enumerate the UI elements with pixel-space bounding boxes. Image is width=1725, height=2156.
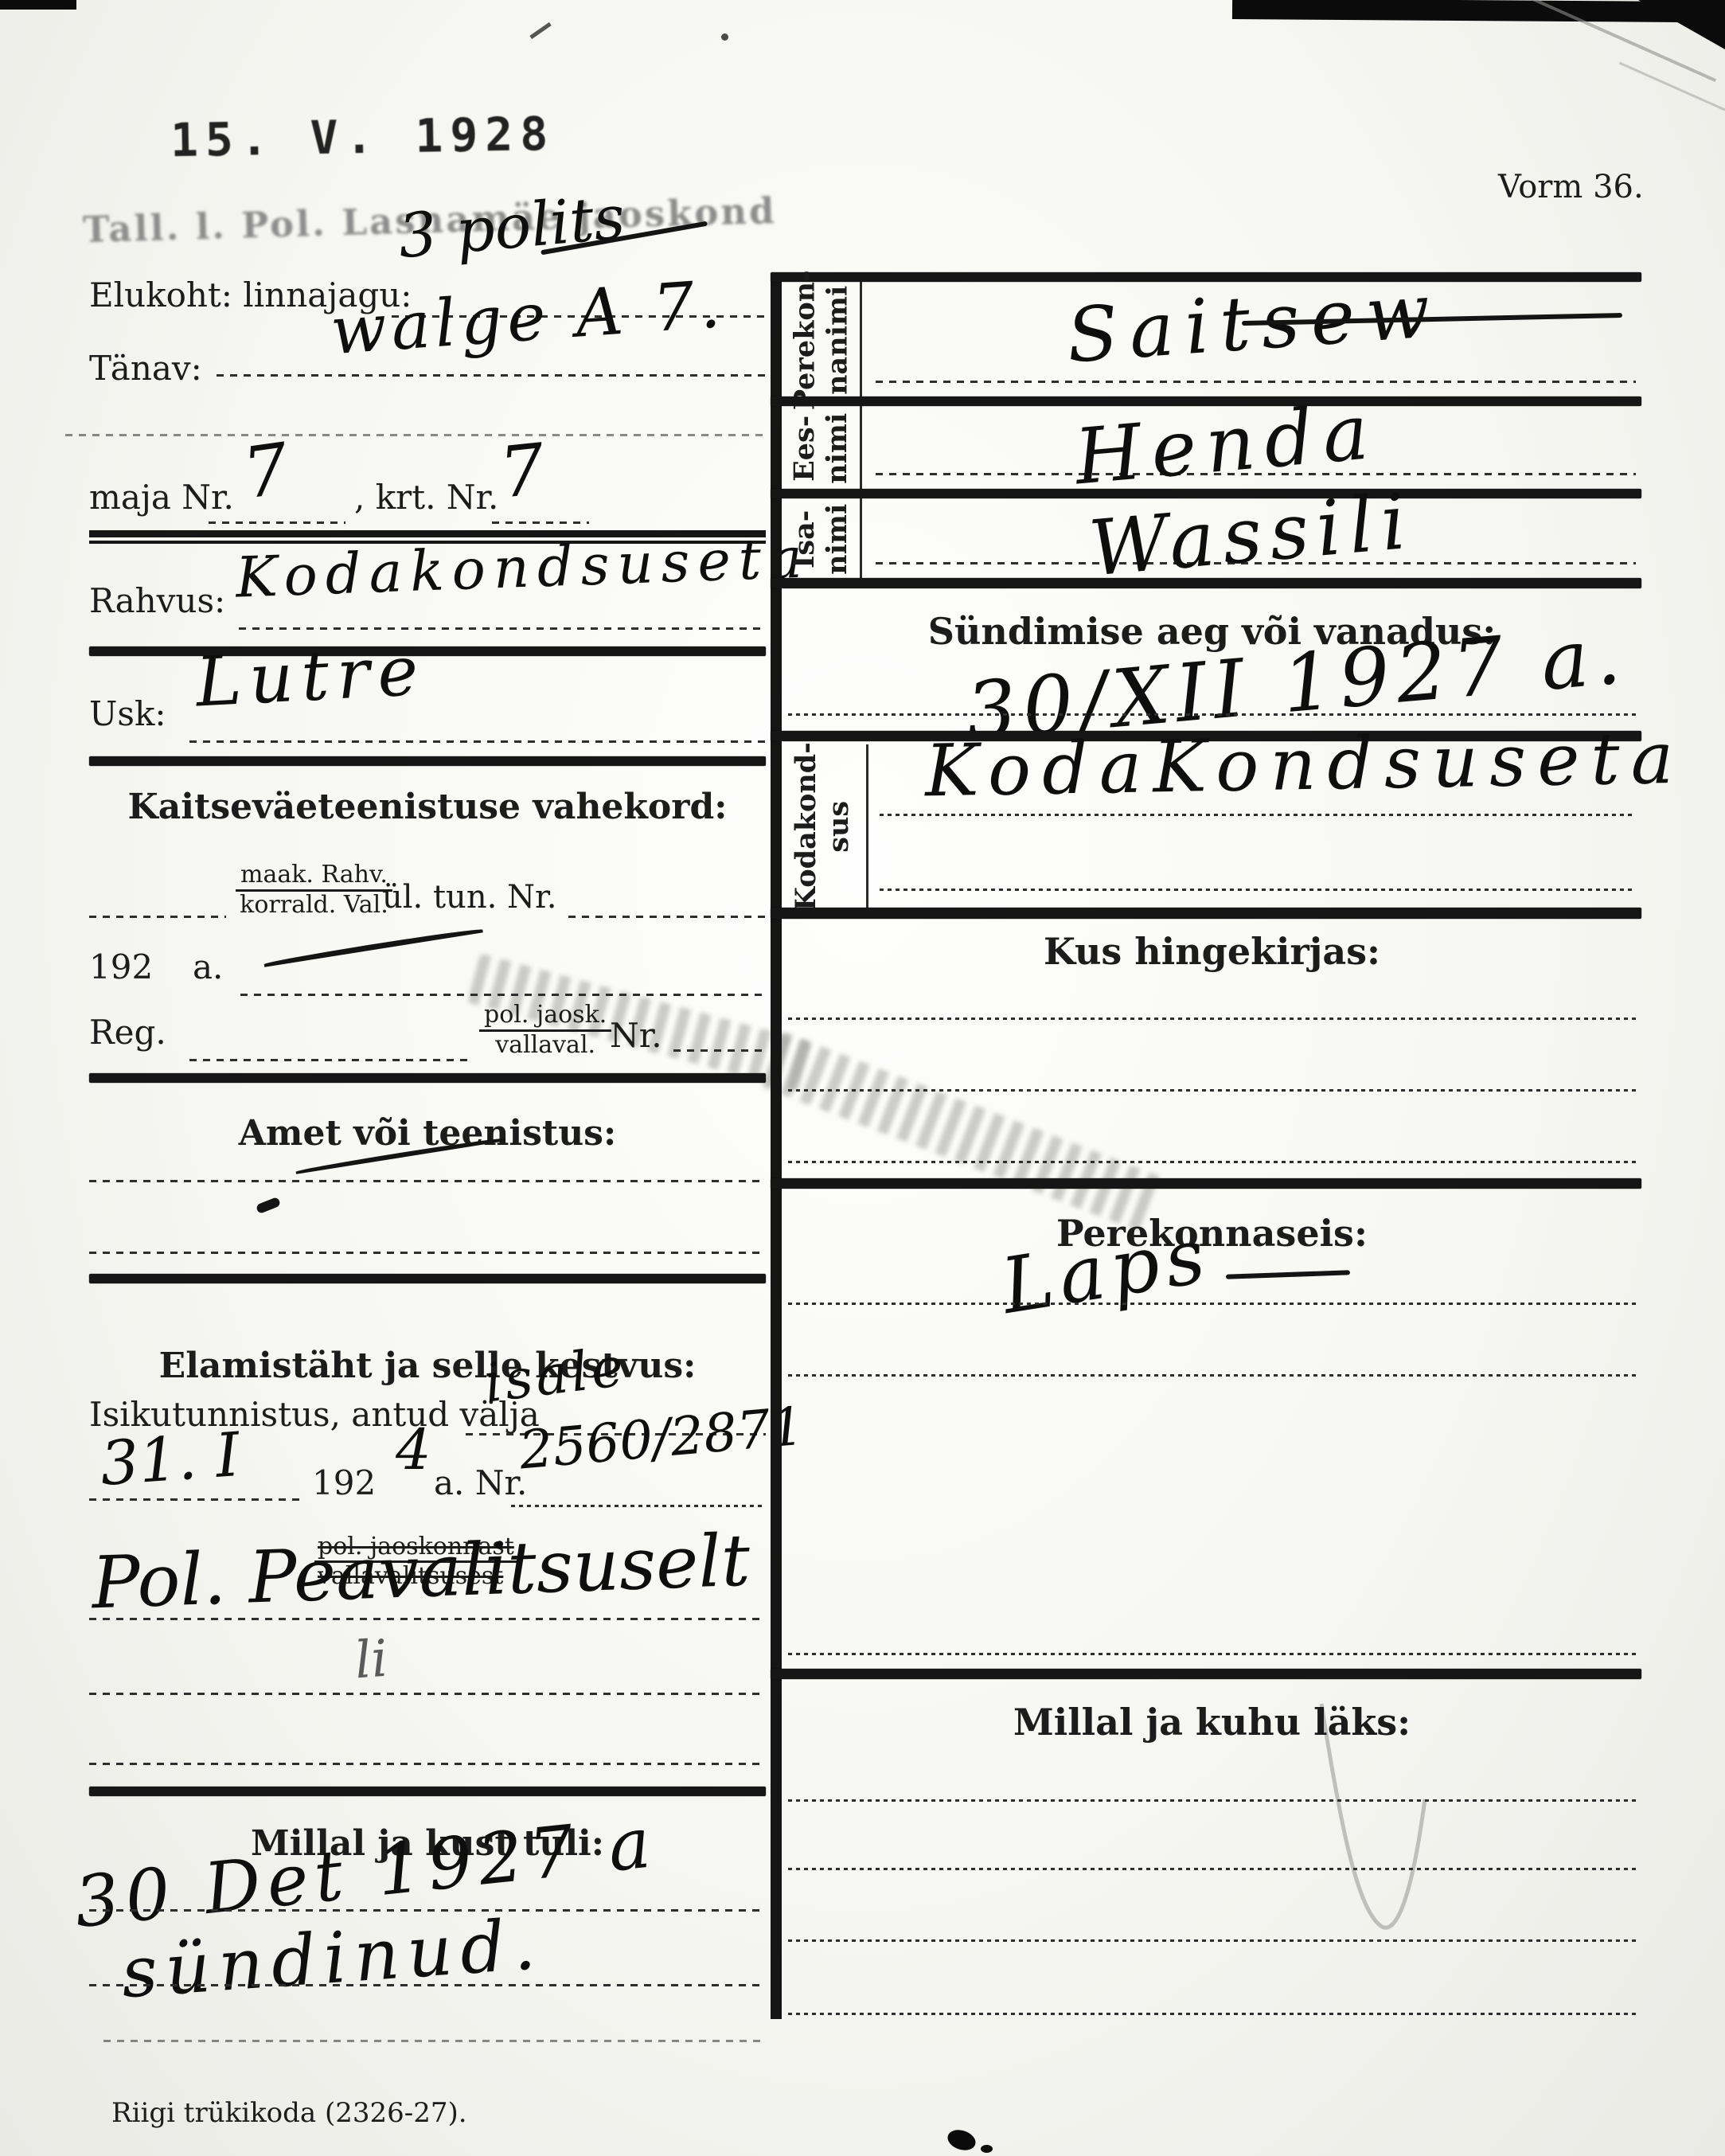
rule-after-rahvus (89, 646, 766, 656)
scan-blob-bottom (945, 2127, 978, 2154)
rule-after-kodakondsus (771, 908, 1641, 919)
scan-artifact-top-left (0, 0, 76, 10)
rule-before-laks (771, 1669, 1641, 1679)
isik-nr-line (511, 1505, 766, 1507)
reg-label: Reg. (89, 1013, 166, 1052)
krt-label: , krt. Nr. (354, 478, 498, 517)
isik-nr-value: 2560/2871 (517, 1396, 806, 1482)
reg-fraction-top: pol. jaosk. (479, 1002, 611, 1032)
eesnimi-label-cell: Ees- nimi (783, 408, 860, 489)
tuli-line-2 (89, 1984, 766, 1986)
tanav-line (217, 374, 766, 377)
krt-value: 7 (496, 428, 548, 514)
printer-credit: Riigi trükikoda (2326-27). (111, 2097, 467, 2129)
elamistaht-header: Elamistäht ja selle kestvus: (89, 1346, 766, 1386)
note-value: li (353, 1630, 389, 1691)
kodakondsus-label-line1: Kodakond- (790, 742, 822, 911)
date-stamp: 15. V. 1928 (170, 107, 555, 167)
rule-after-isanimi (771, 578, 1641, 588)
eesnimi-label-line1: Ees- (789, 412, 822, 483)
elukoht-value: 3 polits (396, 182, 628, 272)
isik-a-nr-label: a. Nr. (434, 1463, 527, 1502)
year-line (240, 994, 766, 996)
ul-tun-label: ül. tun. Nr. (382, 879, 556, 916)
pre-laks-line (788, 1653, 1636, 1655)
laks-line-4 (788, 2013, 1636, 2015)
kaitse-header: Kaitseväeteenistuse vahekord: (89, 787, 766, 827)
reg-line-right (673, 1049, 766, 1052)
scan-fold-line-2 (1619, 62, 1725, 113)
sundimine-line (788, 713, 1636, 716)
isik-year-label: 192 (312, 1463, 376, 1502)
kodakondsus-cell-divider (866, 744, 868, 908)
perekonnaseis-line-1 (788, 1303, 1636, 1305)
scanned-registration-form: 15. V. 1928 Tall. l. Pol. Lasnamäe jaosk… (0, 0, 1725, 2156)
amet-header: Amet või teenistus: (89, 1113, 766, 1154)
kodakondsus-line-1 (880, 814, 1636, 816)
laks-header: Millal ja kuhu läks: (784, 1701, 1640, 1744)
kaitse-fraction-bottom: korrald. Val. (236, 892, 392, 920)
hingekiri-line-2 (788, 1089, 1636, 1092)
column-divider (771, 274, 782, 2019)
perekonnaseis-line-2 (788, 1374, 1636, 1377)
rahvus-label: Rahvus: (89, 581, 225, 620)
faint-diagonal-stamp-2 (761, 1031, 1169, 1234)
isanimi-label-line1: Isa- (789, 503, 822, 574)
note-line (89, 1693, 766, 1695)
issuer-line (89, 1618, 766, 1620)
perekonnanimi-label-cell: Perekon- nanimi (783, 283, 860, 396)
isik-date-line (89, 1498, 306, 1501)
laks-line-2 (788, 1868, 1636, 1870)
rule-after-amet (89, 1274, 766, 1283)
reg-fraction-bottom: vallaval. (479, 1032, 611, 1060)
perekonnaseis-dash (1226, 1270, 1350, 1279)
pre-tuli-line (89, 1763, 766, 1765)
rule-after-hingekiri (771, 1178, 1641, 1189)
year-ink-stroke (263, 927, 483, 967)
scan-artifact-corner (1638, 0, 1725, 49)
usk-value: Lutre (194, 631, 428, 723)
maja-line (209, 521, 345, 524)
right-rule-top (771, 272, 1641, 282)
hingekiri-header: Kus hingekirjas: (784, 930, 1640, 973)
kaitse-fraction: maak. Rahv. korrald. Val. (236, 861, 392, 919)
isik-year-value: 4 (396, 1417, 431, 1482)
reg-line-left (189, 1059, 470, 1061)
rahvus-line (239, 627, 766, 630)
year-a-label: a. (193, 947, 223, 986)
scan-speck-1 (529, 22, 551, 39)
usk-line (189, 740, 766, 743)
isanimi-label-line2: nimi (822, 503, 854, 574)
tanav-label: Tänav: (89, 349, 202, 388)
eesnimi-label-line2: nimi (822, 412, 854, 483)
kodakondsus-line-2 (880, 889, 1636, 891)
perekonnanimi-cell-divider (860, 282, 862, 396)
laks-line-1 (788, 1799, 1636, 1802)
issuer-value: Pol. Peavalitsuselt (90, 1519, 751, 1626)
form-number: Vorm 36. (1498, 169, 1644, 205)
laks-line-3 (788, 1939, 1636, 1942)
scan-speck-2 (721, 33, 728, 41)
reg-fraction: pol. jaosk. vallaval. (479, 1002, 611, 1059)
isanimi-cell-divider (860, 498, 862, 578)
hingekiri-line-3 (788, 1161, 1636, 1163)
krt-line (492, 521, 589, 524)
isanimi-label-cell: Isa- nimi (783, 500, 860, 578)
perekonnanimi-label-line1: Perekon- (789, 270, 822, 410)
isik-date-value: 31. I (98, 1419, 242, 1499)
perekonnanimi-label-line2: nanimi (822, 270, 854, 410)
kaitse-fraction-top: maak. Rahv. (236, 861, 392, 892)
year-label: 192 (89, 947, 153, 986)
amet-line-1 (89, 1180, 766, 1182)
separator-dashed (65, 434, 767, 436)
bottom-left-line (103, 2040, 766, 2042)
reg-nr-label: Nr. (610, 1016, 662, 1055)
maja-label: maja Nr. (89, 478, 234, 517)
scan-blob-bottom-2 (981, 2145, 993, 2153)
scan-artifact-top-bar (1232, 0, 1682, 22)
kodakondsus-label-line2: sus (822, 742, 855, 911)
rule-after-reg (89, 1073, 766, 1083)
kaitse-line-left (89, 916, 226, 918)
usk-label: Usk: (89, 694, 166, 733)
maja-value: 7 (238, 428, 294, 515)
kaitse-line-right (568, 916, 766, 918)
rule-after-usk (89, 756, 766, 766)
amet-ink-tick (256, 1197, 281, 1214)
eesnimi-cell-divider (860, 406, 862, 489)
amet-line-2 (89, 1252, 766, 1254)
kodakondsus-value: KodaKondsuseta (924, 717, 1685, 814)
kodakondsus-label-cell: Kodakond- sus (780, 747, 864, 906)
perekonnanimi-line (876, 381, 1636, 383)
hingekiri-line-1 (788, 1017, 1636, 1020)
rule-before-tuli (89, 1787, 766, 1796)
perekonnaseis-header: Perekonnaseis: (784, 1212, 1640, 1255)
